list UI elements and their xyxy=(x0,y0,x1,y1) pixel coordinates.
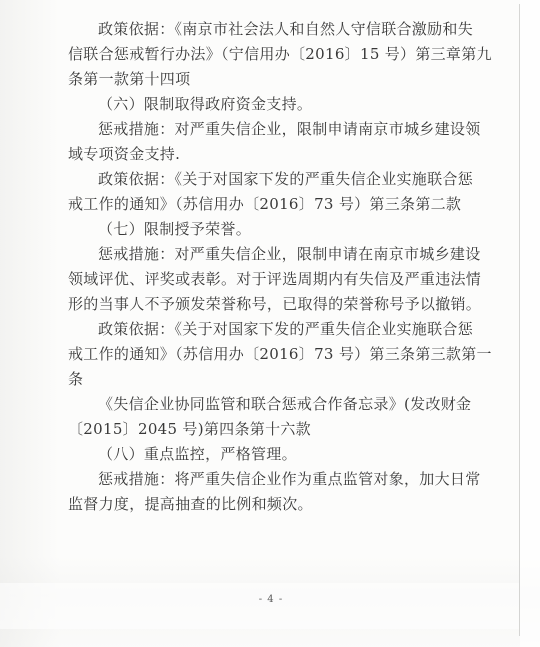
document-line: 戒工作的通知》（苏信用办〔2016〕73 号）第三条第二款 xyxy=(68,192,474,217)
document-body: 政策依据：《南京市社会法人和自然人守信联合激励和失 信联合惩戒暂行办法》（宁信用… xyxy=(68,17,474,517)
document-line: 惩戒措施：对严重失信企业，限制申请在南京市城乡建设 xyxy=(68,242,474,267)
document-line: 域专项资金支持. xyxy=(68,142,474,167)
scan-page-edge-area xyxy=(520,0,540,647)
scan-light-band xyxy=(0,583,519,629)
scan-edge-artifact xyxy=(519,4,520,636)
document-line: 条第一款第十四项 xyxy=(68,67,474,92)
document-line: 领域评优、评奖或表彰。对于评选周期内有失信及严重违法情 xyxy=(68,267,474,292)
document-line: （八）重点监控，严格管理。 xyxy=(68,442,474,467)
document-line: 条 xyxy=(68,367,474,392)
document-line: （七）限制授予荣誉。 xyxy=(68,217,474,242)
document-line: 政策依据：《关于对国家下发的严重失信企业实施联合惩 xyxy=(68,167,474,192)
document-line: 戒工作的通知》（苏信用办〔2016〕73 号）第三条第三款第一 xyxy=(68,342,474,367)
page-number: - 4 - xyxy=(68,594,474,605)
document-line: 政策依据：《南京市社会法人和自然人守信联合激励和失 xyxy=(68,17,474,42)
document-line: 惩戒措施：对严重失信企业，限制申请南京市城乡建设领 xyxy=(68,117,474,142)
document-line: （六）限制取得政府资金支持。 xyxy=(68,92,474,117)
document-line: 监督力度，提高抽查的比例和频次。 xyxy=(68,492,474,517)
document-line: 形的当事人不予颁发荣誉称号，已取得的荣誉称号予以撤销。 xyxy=(68,292,474,317)
document-line: 政策依据：《关于对国家下发的严重失信企业实施联合惩 xyxy=(68,317,474,342)
document-line: 《失信企业协同监管和联合惩戒合作备忘录》(发改财金 xyxy=(68,392,474,417)
document-line: 信联合惩戒暂行办法》（宁信用办〔2016〕15 号）第三章第九 xyxy=(68,42,474,67)
document-page: 政策依据：《南京市社会法人和自然人守信联合激励和失 信联合惩戒暂行办法》（宁信用… xyxy=(0,0,540,647)
document-line: 〔2015〕2045 号)第四条第十六款 xyxy=(68,417,474,442)
document-line: 惩戒措施：将严重失信企业作为重点监管对象，加大日常 xyxy=(68,467,474,492)
